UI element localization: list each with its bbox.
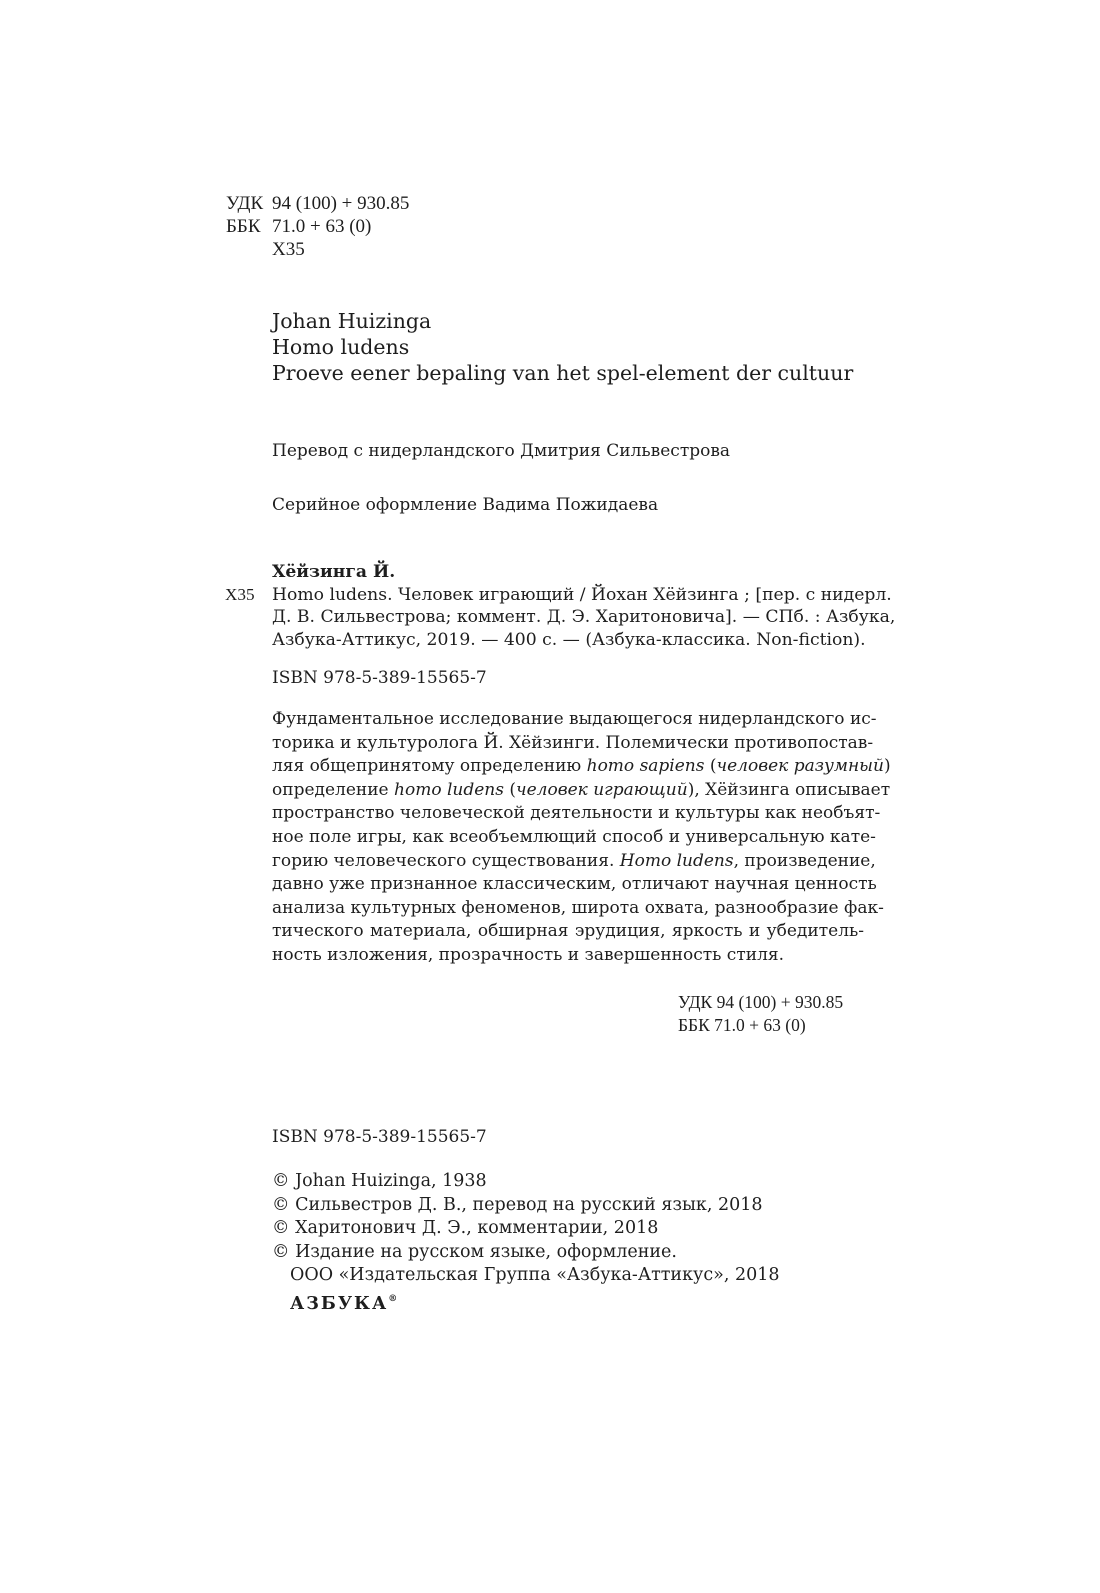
copyright-block: © Johan Huizinga, 1938 © Сильвестров Д. … — [272, 1170, 780, 1316]
annotation-line: ляя общепринятому определению homo sapie… — [272, 755, 864, 779]
record-author-mark: Х35 — [225, 584, 255, 607]
brand-name: АЗБУКА — [290, 1294, 388, 1314]
registered-mark: ® — [388, 1294, 399, 1304]
translation-credit: Перевод с нидерландского Дмитрия Сильвес… — [272, 440, 730, 462]
bbk-row: ББК71.0 + 63 (0) — [226, 215, 409, 238]
original-title: Homo ludens — [272, 334, 853, 360]
annotation-line: торика и культуролога Й. Хёйзинги. Полем… — [272, 732, 864, 756]
annotation-line: ное поле игры, как всеобъемлющий способ … — [272, 826, 864, 850]
author-mark: Х35 — [272, 238, 305, 261]
bbk-label: ББК — [226, 215, 272, 238]
annotation-line: пространство человеческой деятельности и… — [272, 802, 864, 826]
copyright-line: © Johan Huizinga, 1938 — [272, 1170, 780, 1194]
udk-value: 94 (100) + 930.85 — [272, 192, 409, 215]
original-edition-block: Johan Huizinga Homo ludens Proeve eener … — [272, 308, 853, 386]
annotation: Фундаментальное исследование выдающегося… — [272, 708, 864, 968]
annotation-line: определение homo ludens (человек играющи… — [272, 779, 864, 803]
original-author: Johan Huizinga — [272, 308, 853, 334]
annotation-line: горию человеческого существования. Homo … — [272, 850, 864, 874]
udk-label: УДК — [226, 192, 272, 215]
isbn-bottom: ISBN 978-5-389-15565-7 — [272, 1127, 487, 1147]
copyright-line: © Харитонович Д. Э., комментарии, 2018 — [272, 1217, 780, 1241]
annotation-line: анализа культурных феноменов, широта охв… — [272, 897, 864, 921]
publisher-brand: АЗБУКА® — [272, 1288, 780, 1317]
record-line: Д. В. Сильвестрова; коммент. Д. Э. Харит… — [272, 606, 872, 629]
original-subtitle: Proeve eener bepaling van het spel-eleme… — [272, 360, 853, 386]
copyright-line: © Сильвестров Д. В., перевод на русский … — [272, 1194, 780, 1218]
annotation-line: тического материала, обширная эрудиция, … — [272, 920, 864, 944]
record-line: Азбука-Аттикус, 2019. — 400 с. — (Азбука… — [272, 629, 872, 652]
annotation-line: давно уже признанное классическим, отлич… — [272, 873, 864, 897]
annotation-line: ность изложения, прозрачность и завершен… — [272, 944, 864, 968]
series-design-credit: Серийное оформление Вадима Пожидаева — [272, 494, 658, 516]
classification-block-bottom: УДК 94 (100) + 930.85 ББК 71.0 + 63 (0) — [678, 991, 843, 1037]
bbk-value: 71.0 + 63 (0) — [272, 215, 371, 238]
classification-block-top: УДК94 (100) + 930.85 ББК71.0 + 63 (0) Х3… — [226, 192, 409, 261]
bbk-bottom: ББК 71.0 + 63 (0) — [678, 1014, 843, 1037]
record-author-heading: Хёйзинга Й. — [272, 561, 872, 584]
udk-bottom: УДК 94 (100) + 930.85 — [678, 991, 843, 1014]
author-mark-row: Х35 — [226, 238, 409, 261]
bibliographic-record: Хёйзинга Й. Х35 Homo ludens. Человек игр… — [272, 561, 872, 651]
udk-row: УДК94 (100) + 930.85 — [226, 192, 409, 215]
publisher-line: ООО «Издательская Группа «Азбука-Аттикус… — [272, 1264, 780, 1288]
copyright-line: © Издание на русском языке, оформление. — [272, 1241, 780, 1265]
record-line: Homo ludens. Человек играющий / Йохан Хё… — [272, 584, 872, 607]
annotation-line: Фундаментальное исследование выдающегося… — [272, 708, 864, 732]
isbn-record: ISBN 978-5-389-15565-7 — [272, 668, 487, 688]
